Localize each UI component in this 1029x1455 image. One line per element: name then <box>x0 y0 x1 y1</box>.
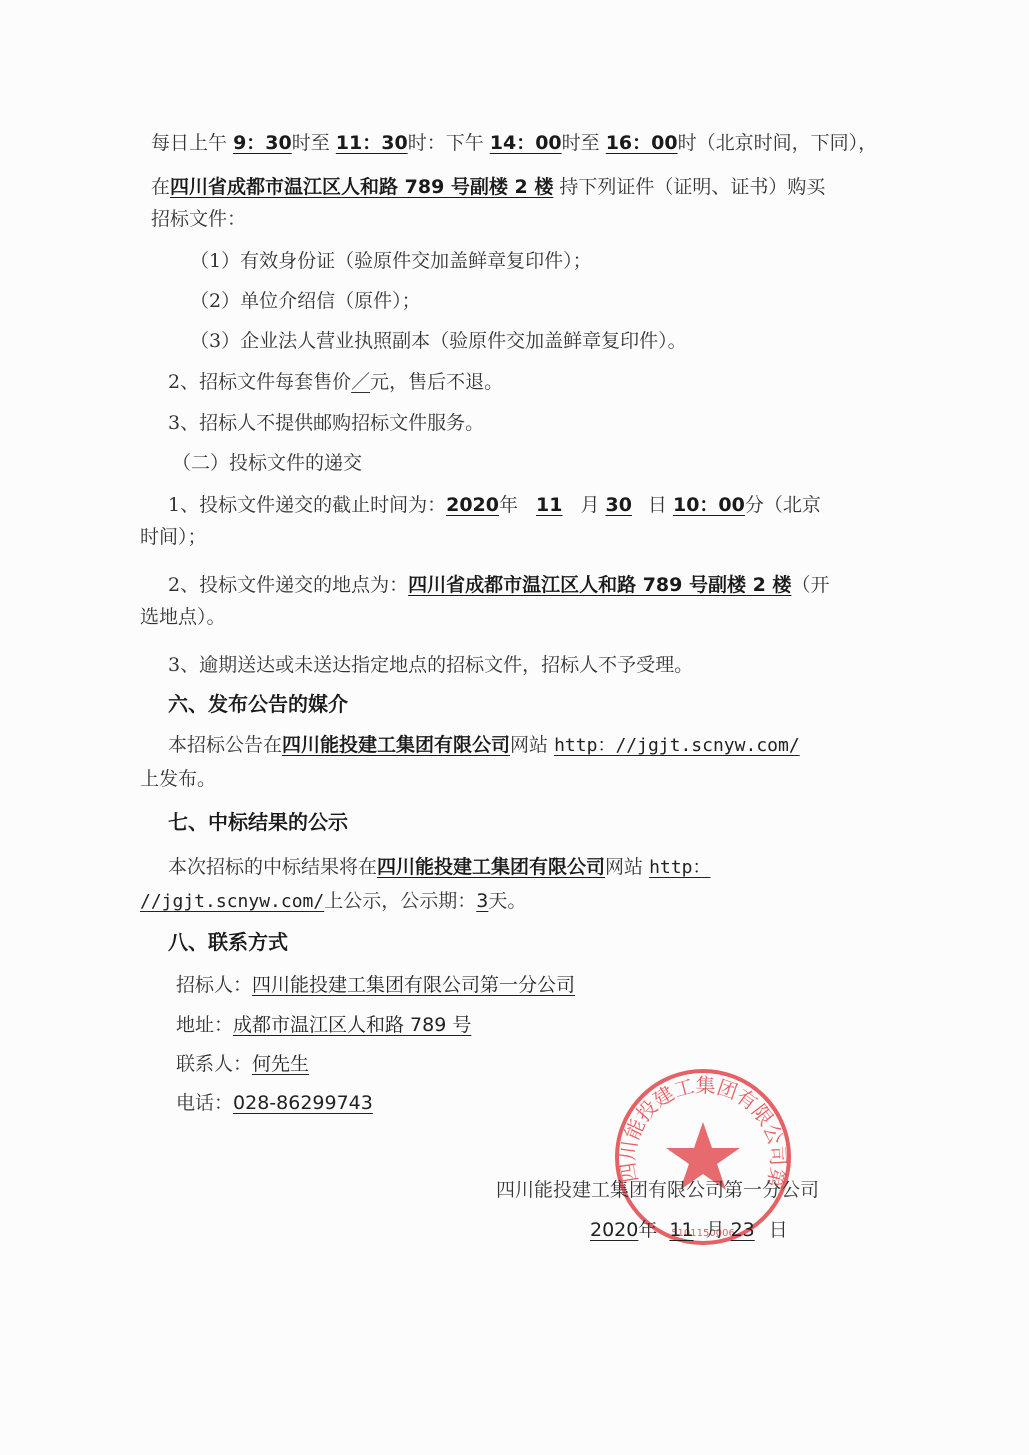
text: 元，售后不退。 <box>370 371 503 393</box>
text: 网站 <box>510 734 548 756</box>
text: 时：下午 <box>408 132 484 154</box>
phone-line: 电话：028-86299743 <box>176 1091 373 1115</box>
text: 每日上午 <box>151 132 227 154</box>
purchase-location: 四川省成都市温江区人和路 789 号副楼 2 楼 <box>170 176 553 198</box>
section-title: 八、联系方式 <box>168 930 288 954</box>
price-line: 2、招标文件每套售价／元，售后不退。 <box>168 370 503 394</box>
website-link[interactable]: http：//jgjt.scnyw.com/ <box>554 735 800 756</box>
section-title: 七、中标结果的公示 <box>168 810 348 834</box>
result-publish-cont: //jgjt.scnyw.com/上公示，公示期：3天。 <box>140 889 526 914</box>
deadline-year: 2020 <box>446 494 499 516</box>
text: 2、投标文件递交的地点为： <box>168 574 408 596</box>
section-title: （二）投标文件的递交 <box>172 451 362 475</box>
company-name: 四川能投建工集团有限公司 <box>282 734 510 756</box>
text: 在 <box>151 176 170 198</box>
deadline-time: 10：00 <box>673 494 745 516</box>
time-pm-start: 14：00 <box>490 132 562 154</box>
text: 时至 <box>562 132 600 154</box>
signature-day: 23 <box>725 1219 769 1241</box>
text: 日 <box>769 1219 788 1241</box>
document-page: 每日上午 9：30时至 11：30时：下午 14：00时至 16：00时（北京时… <box>0 0 1029 1455</box>
contact-person: 何先生 <box>252 1053 309 1075</box>
text: 1、投标文件递交的截止时间为： <box>168 494 446 516</box>
website-link[interactable]: //jgjt.scnyw.com/ <box>140 891 324 912</box>
address-value: 成都市温江区人和路 789 号 <box>233 1014 471 1036</box>
price-value: ／ <box>351 371 370 393</box>
label: 招标人： <box>176 974 252 996</box>
company-name: 四川能投建工集团有限公司 <box>377 856 605 878</box>
text: 时间）； <box>140 525 207 549</box>
publicity-days: 3 <box>476 890 488 912</box>
signature-year: 2020 <box>590 1219 638 1241</box>
text: （开 <box>791 574 829 596</box>
label: 联系人： <box>176 1053 252 1075</box>
required-doc-3: （3）企业法人营业执照副本（验原件交加盖鲜章复印件）。 <box>190 329 687 353</box>
time-pm-end: 16：00 <box>606 132 678 154</box>
time-am-start: 9：30 <box>233 132 292 154</box>
text: 时（北京时间，下同）， <box>678 132 878 154</box>
text: 上公示，公示期： <box>324 890 476 912</box>
location-line: 2、投标文件递交的地点为：四川省成都市温江区人和路 789 号副楼 2 楼（开 <box>168 573 829 597</box>
required-doc-1: （1）有效身份证（验原件交加盖鲜章复印件）； <box>190 249 592 273</box>
label: 地址： <box>176 1014 233 1036</box>
text: 年 <box>499 494 518 516</box>
result-publish-line: 本次招标的中标结果将在四川能投建工集团有限公司网站 http： <box>168 855 710 880</box>
text: 招标文件： <box>151 207 246 231</box>
tenderer-name: 四川能投建工集团有限公司第一分公司 <box>252 974 575 996</box>
signature-month: 11 <box>657 1219 705 1241</box>
signature-date: 2020年11月23日 <box>590 1218 788 1242</box>
text: 本招标公告在 <box>168 734 282 756</box>
text: 月 <box>706 1219 725 1241</box>
text: 月 <box>580 494 599 516</box>
text: 持下列证件（证明、证书）购买 <box>559 176 825 198</box>
purchase-location-line: 在四川省成都市温江区人和路 789 号副楼 2 楼 持下列证件（证明、证书）购买 <box>151 175 825 199</box>
section-title: 六、发布公告的媒介 <box>168 692 348 716</box>
required-doc-2: （2）单位介绍信（原件）； <box>190 289 421 313</box>
tenderer-line: 招标人：四川能投建工集团有限公司第一分公司 <box>176 973 575 997</box>
text: 网站 <box>605 856 643 878</box>
text: 日 <box>648 494 667 516</box>
text: 选地点）。 <box>140 605 226 629</box>
text: 时至 <box>292 132 330 154</box>
text: 年 <box>638 1219 657 1241</box>
address-line: 地址：成都市温江区人和路 789 号 <box>176 1013 471 1037</box>
publish-media-line: 本招标公告在四川能投建工集团有限公司网站 http：//jgjt.scnyw.c… <box>168 733 800 758</box>
deadline-day: 30 <box>599 494 647 516</box>
contact-line: 联系人：何先生 <box>176 1052 309 1076</box>
late-submission-line: 3、逾期送达或未送达指定地点的招标文件，招标人不予受理。 <box>168 653 693 677</box>
time-am-end: 11：30 <box>336 132 408 154</box>
text: 2、招标文件每套售价 <box>168 371 351 393</box>
signature-company: 四川能投建工集团有限公司第一分公司 <box>496 1178 819 1202</box>
deadline-month: 11 <box>518 494 580 516</box>
text: 本次招标的中标结果将在 <box>168 856 377 878</box>
text: 天。 <box>488 890 526 912</box>
text: 上发布。 <box>140 767 216 791</box>
deadline-line: 1、投标文件递交的截止时间为：2020年11月30日 10：00分（北京 <box>168 493 821 517</box>
website-link[interactable]: http： <box>649 857 710 878</box>
text: 分（北京 <box>745 494 821 516</box>
purchase-hours-line: 每日上午 9：30时至 11：30时：下午 14：00时至 16：00时（北京时… <box>151 131 877 155</box>
label: 电话： <box>176 1092 233 1114</box>
phone-number: 028-86299743 <box>233 1092 373 1114</box>
submission-location: 四川省成都市温江区人和路 789 号副楼 2 楼 <box>408 574 791 596</box>
no-mail-line: 3、招标人不提供邮购招标文件服务。 <box>168 411 484 435</box>
